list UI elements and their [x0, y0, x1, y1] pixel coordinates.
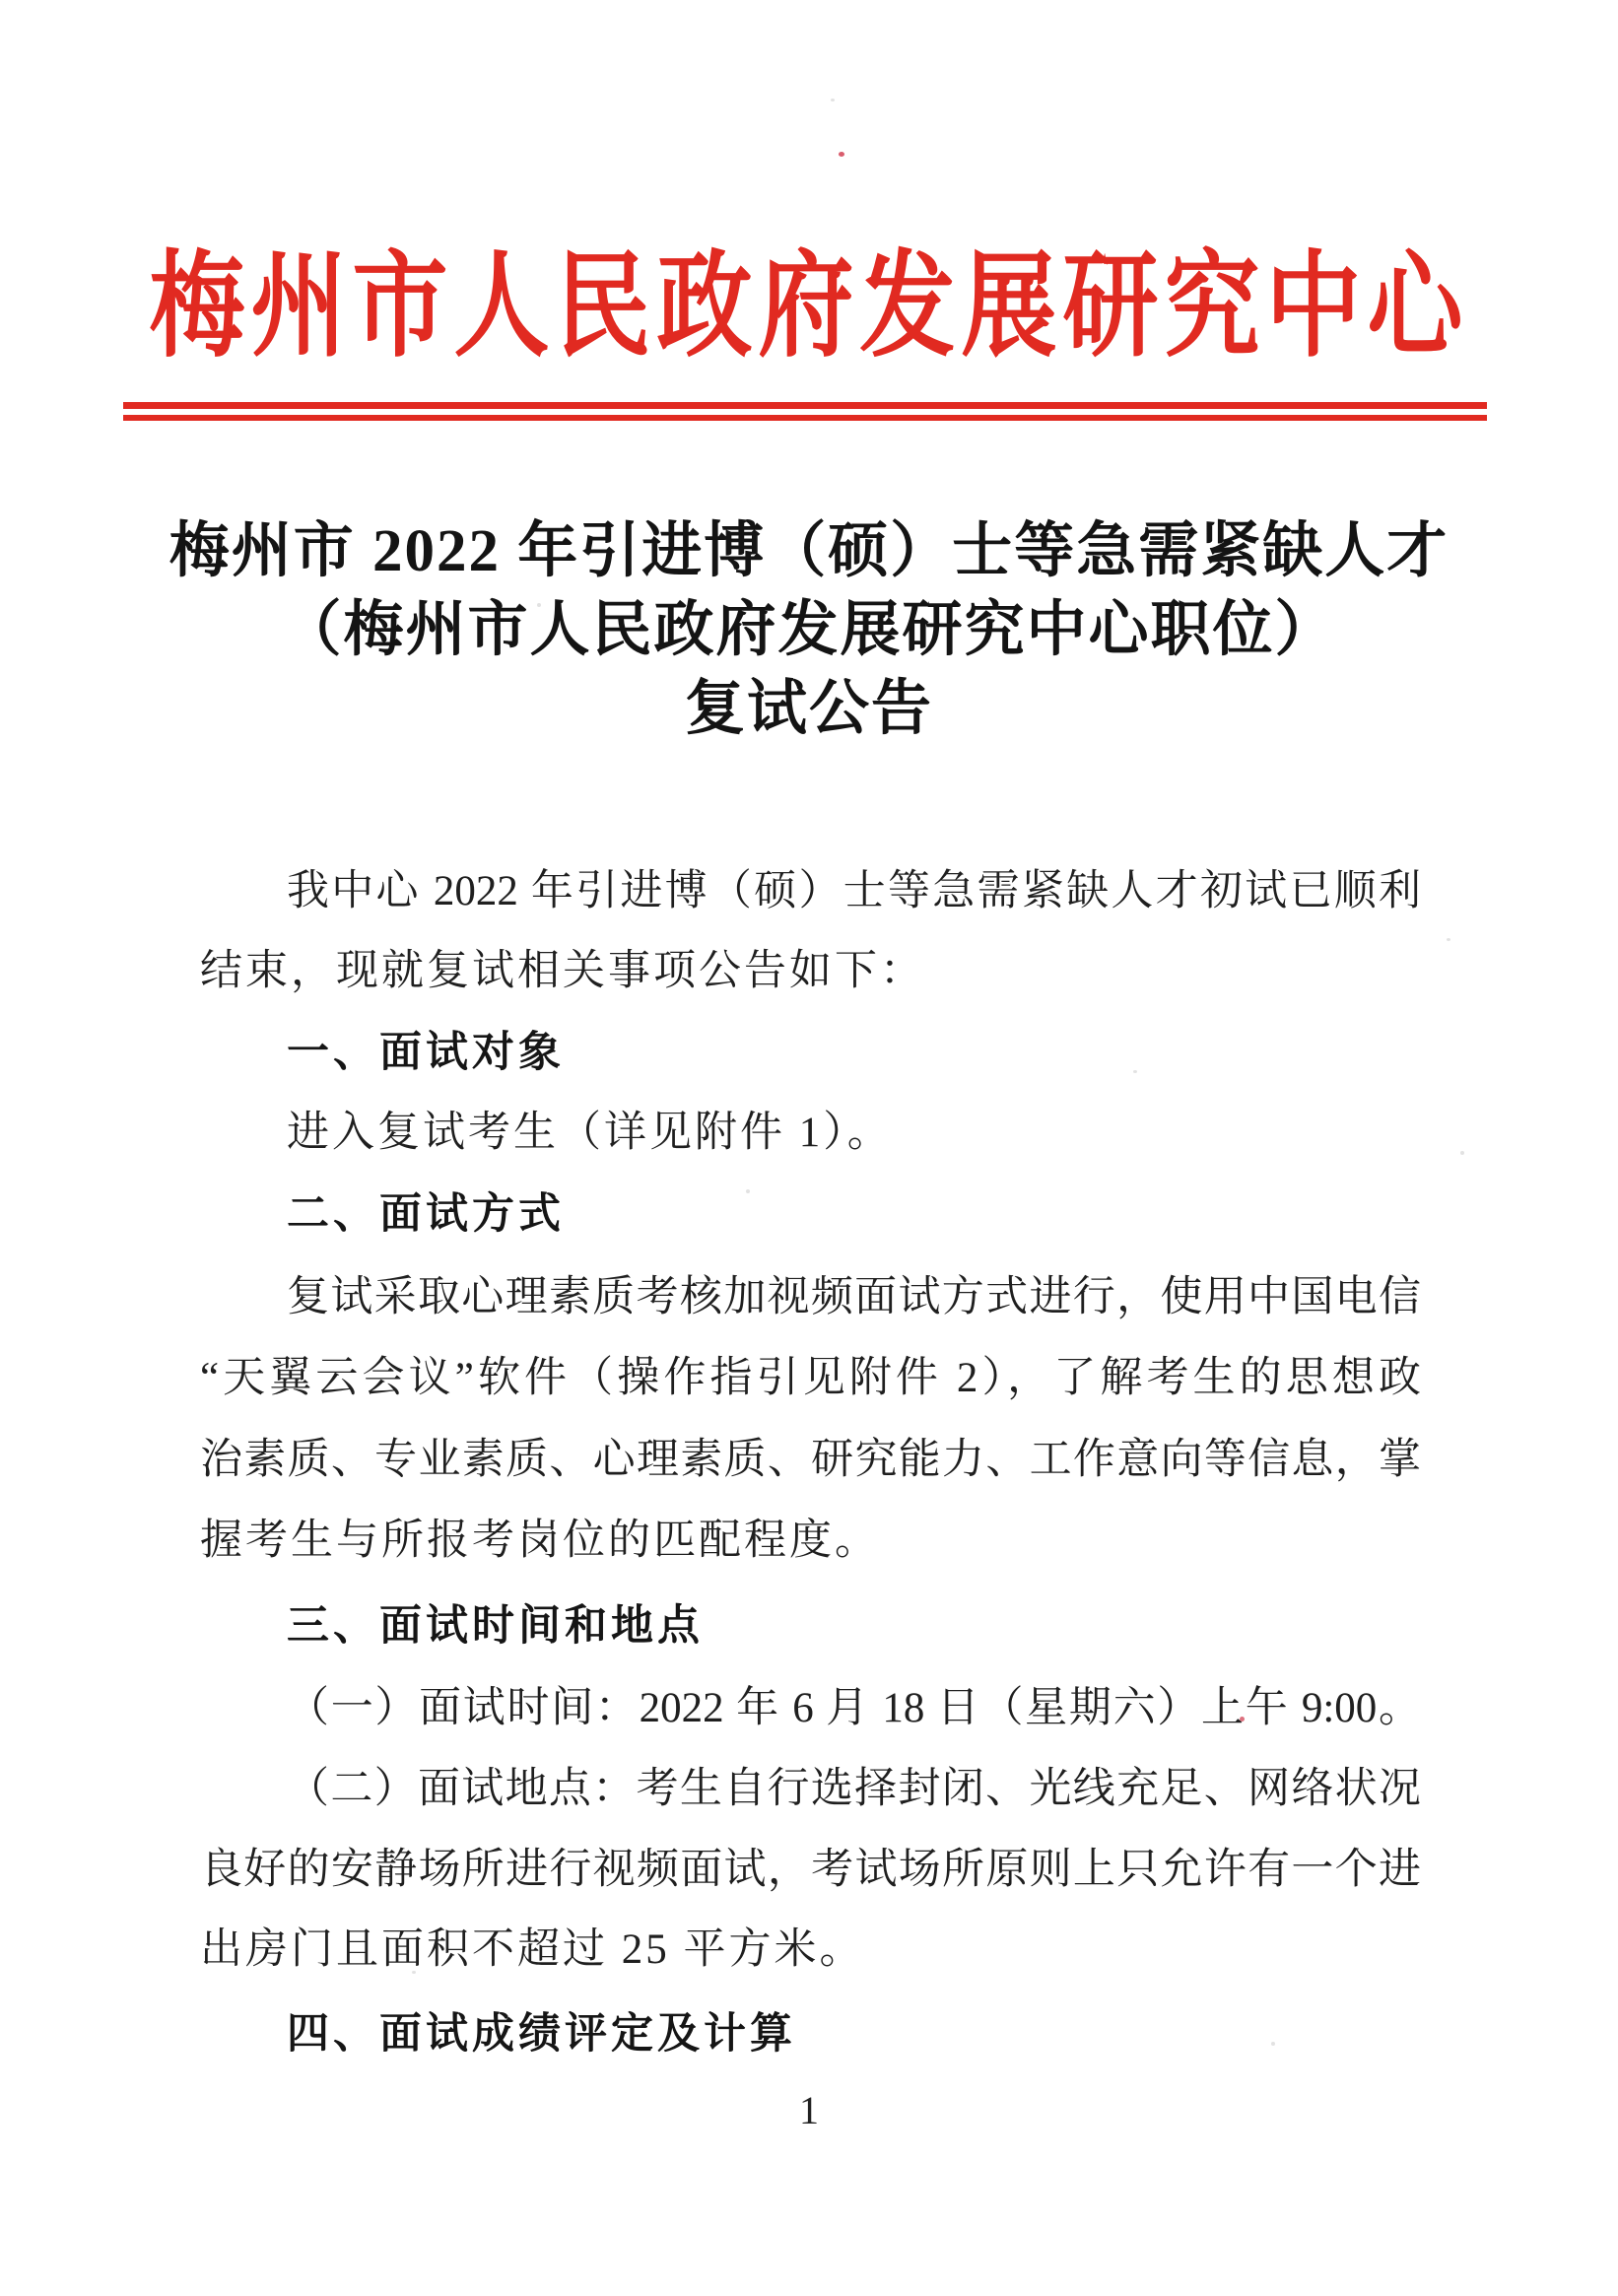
section-2-line-2: “天翼云会议”软件（操作指引见附件 2），了解考生的思想政	[200, 1347, 1421, 1410]
document-page: 梅州市人民政府发展研究中心 梅州市 2022 年引进博（硕）士等急需紧缺人才 （…	[0, 0, 1618, 2296]
section-2-line-3: 治素质、专业素质、心理素质、研究能力、工作意向等信息，掌	[200, 1429, 1421, 1492]
section-heading-1: 一、面试对象	[200, 1021, 1421, 1084]
section-1-text: 进入复试考生（详见附件 1）。	[200, 1102, 1421, 1165]
section-heading-3: 三、面试时间和地点	[200, 1594, 1421, 1657]
section-2-line-4: 握考生与所报考岗位的匹配程度。	[200, 1510, 1421, 1573]
scan-speck-red	[839, 152, 844, 157]
letterhead-org-name: 梅州市人民政府发展研究中心	[150, 231, 1469, 384]
section-3-item-2-line-3: 出房门且面积不超过 25 平方米。	[200, 1919, 1421, 1982]
scan-speck	[1460, 1151, 1464, 1155]
scan-speck	[831, 99, 835, 101]
section-3-item-2-line-1: （二）面试地点：考生自行选择封闭、光线充足、网络状况	[200, 1758, 1421, 1821]
page-number: 1	[0, 2085, 1618, 2136]
section-3-item-2-line-2: 良好的安静场所进行视频面试，考试场所原则上只允许有一个进	[200, 1839, 1421, 1902]
letterhead-divider-thick	[123, 402, 1487, 409]
section-2-line-1: 复试采取心理素质考核加视频面试方式进行，使用中国电信	[200, 1266, 1421, 1329]
section-heading-4: 四、面试成绩评定及计算	[200, 2002, 1421, 2065]
letterhead: 梅州市人民政府发展研究中心	[0, 242, 1618, 371]
title-line-3: 复试公告	[0, 670, 1618, 749]
letterhead-divider-thin	[123, 415, 1487, 421]
scan-speck	[1447, 938, 1450, 941]
paragraph-intro-line-1: 我中心 2022 年引进博（硕）士等急需紧缺人才初试已顺利	[200, 860, 1421, 923]
paragraph-intro-line-2: 结束，现就复试相关事项公告如下：	[200, 940, 1421, 1003]
section-heading-2: 二、面试方式	[200, 1182, 1421, 1246]
title-line-1: 梅州市 2022 年引进博（硕）士等急需紧缺人才	[0, 512, 1618, 591]
title-line-2: （梅州市人民政府发展研究中心职位）	[0, 591, 1618, 670]
document-title: 梅州市 2022 年引进博（硕）士等急需紧缺人才 （梅州市人民政府发展研究中心职…	[0, 512, 1618, 749]
section-3-item-1: （一）面试时间：2022 年 6 月 18 日（星期六）上午 9:00。	[200, 1677, 1421, 1740]
